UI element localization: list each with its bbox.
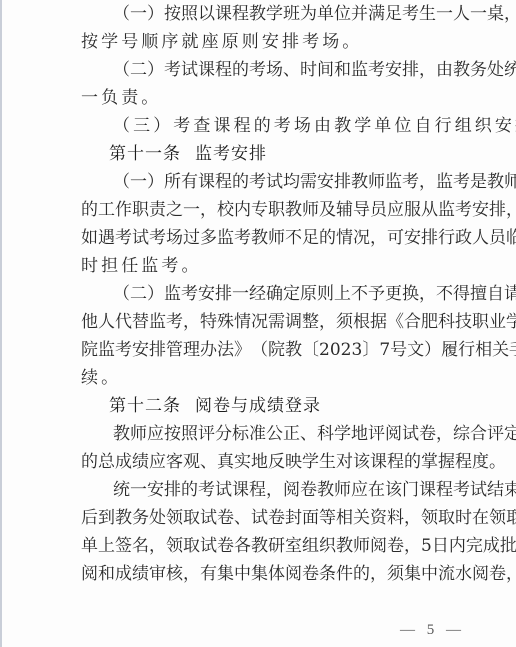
paragraph-line: 一负责。 — [81, 84, 447, 112]
document-page: （一）按照以课程教学班为单位并满足考生一人一桌， 按学号顺序就座原则安排考场。 … — [0, 0, 516, 647]
paragraph-line: 续。 — [81, 364, 447, 392]
article-heading-12: 第十二条阅卷与成绩登录 — [81, 392, 447, 420]
article-title: 阅卷与成绩登录 — [195, 396, 321, 416]
paragraph-line: 的工作职责之一，校内专职教师及辅导员应服从监考安排， — [81, 196, 447, 224]
paragraph-line: 院监考安排管理办法》（院教〔2023〕7号文）履行相关手 — [81, 336, 447, 364]
paragraph-line: 他人代替监考，特殊情况需调整，须根据《合肥科技职业学 — [81, 308, 447, 336]
paragraph-line: 阅和成绩审核，有集中集体阅卷条件的，须集中流水阅卷， — [81, 560, 447, 588]
article-number: 第十二条 — [109, 396, 181, 416]
paragraph-line: （一）所有课程的考试均需安排教师监考，监考是教师 — [81, 168, 447, 196]
paragraph-line: 时担任监考。 — [81, 252, 447, 280]
paragraph-line: 的总成绩应客观、真实地反映学生对该课程的掌握程度。 — [81, 448, 447, 476]
article-title: 监考安排 — [195, 144, 267, 164]
paragraph-line: 后到教务处领取试卷、试卷封面等相关资料，领取时在领取 — [81, 504, 447, 532]
page-number: — 5 — — [400, 622, 465, 639]
paragraph-line: （三）考查课程的考场由教学单位自行组织安排。 — [81, 112, 447, 140]
article-heading-11: 第十一条监考安排 — [81, 140, 447, 168]
document-body: （一）按照以课程教学班为单位并满足考生一人一桌， 按学号顺序就座原则安排考场。 … — [81, 0, 447, 588]
paragraph-line: 单上签名，领取试卷各教研室组织教师阅卷，5日内完成批 — [81, 532, 447, 560]
paragraph-line: 教师应按照评分标准公正、科学地评阅试卷，综合评定 — [81, 420, 447, 448]
paragraph-line: 统一安排的考试课程，阅卷教师应在该门课程考试结束 — [81, 476, 447, 504]
paragraph-line: （一）按照以课程教学班为单位并满足考生一人一桌， — [81, 0, 447, 28]
paragraph-line: （二）考试课程的考场、时间和监考安排，由教务处统 — [81, 56, 447, 84]
paragraph-line: 如遇考试考场过多监考教师不足的情况，可安排行政人员临 — [81, 224, 447, 252]
paragraph-line: （二）监考安排一经确定原则上不予更换，不得擅自请 — [81, 280, 447, 308]
paragraph-line: 按学号顺序就座原则安排考场。 — [81, 28, 447, 56]
article-number: 第十一条 — [109, 144, 181, 164]
